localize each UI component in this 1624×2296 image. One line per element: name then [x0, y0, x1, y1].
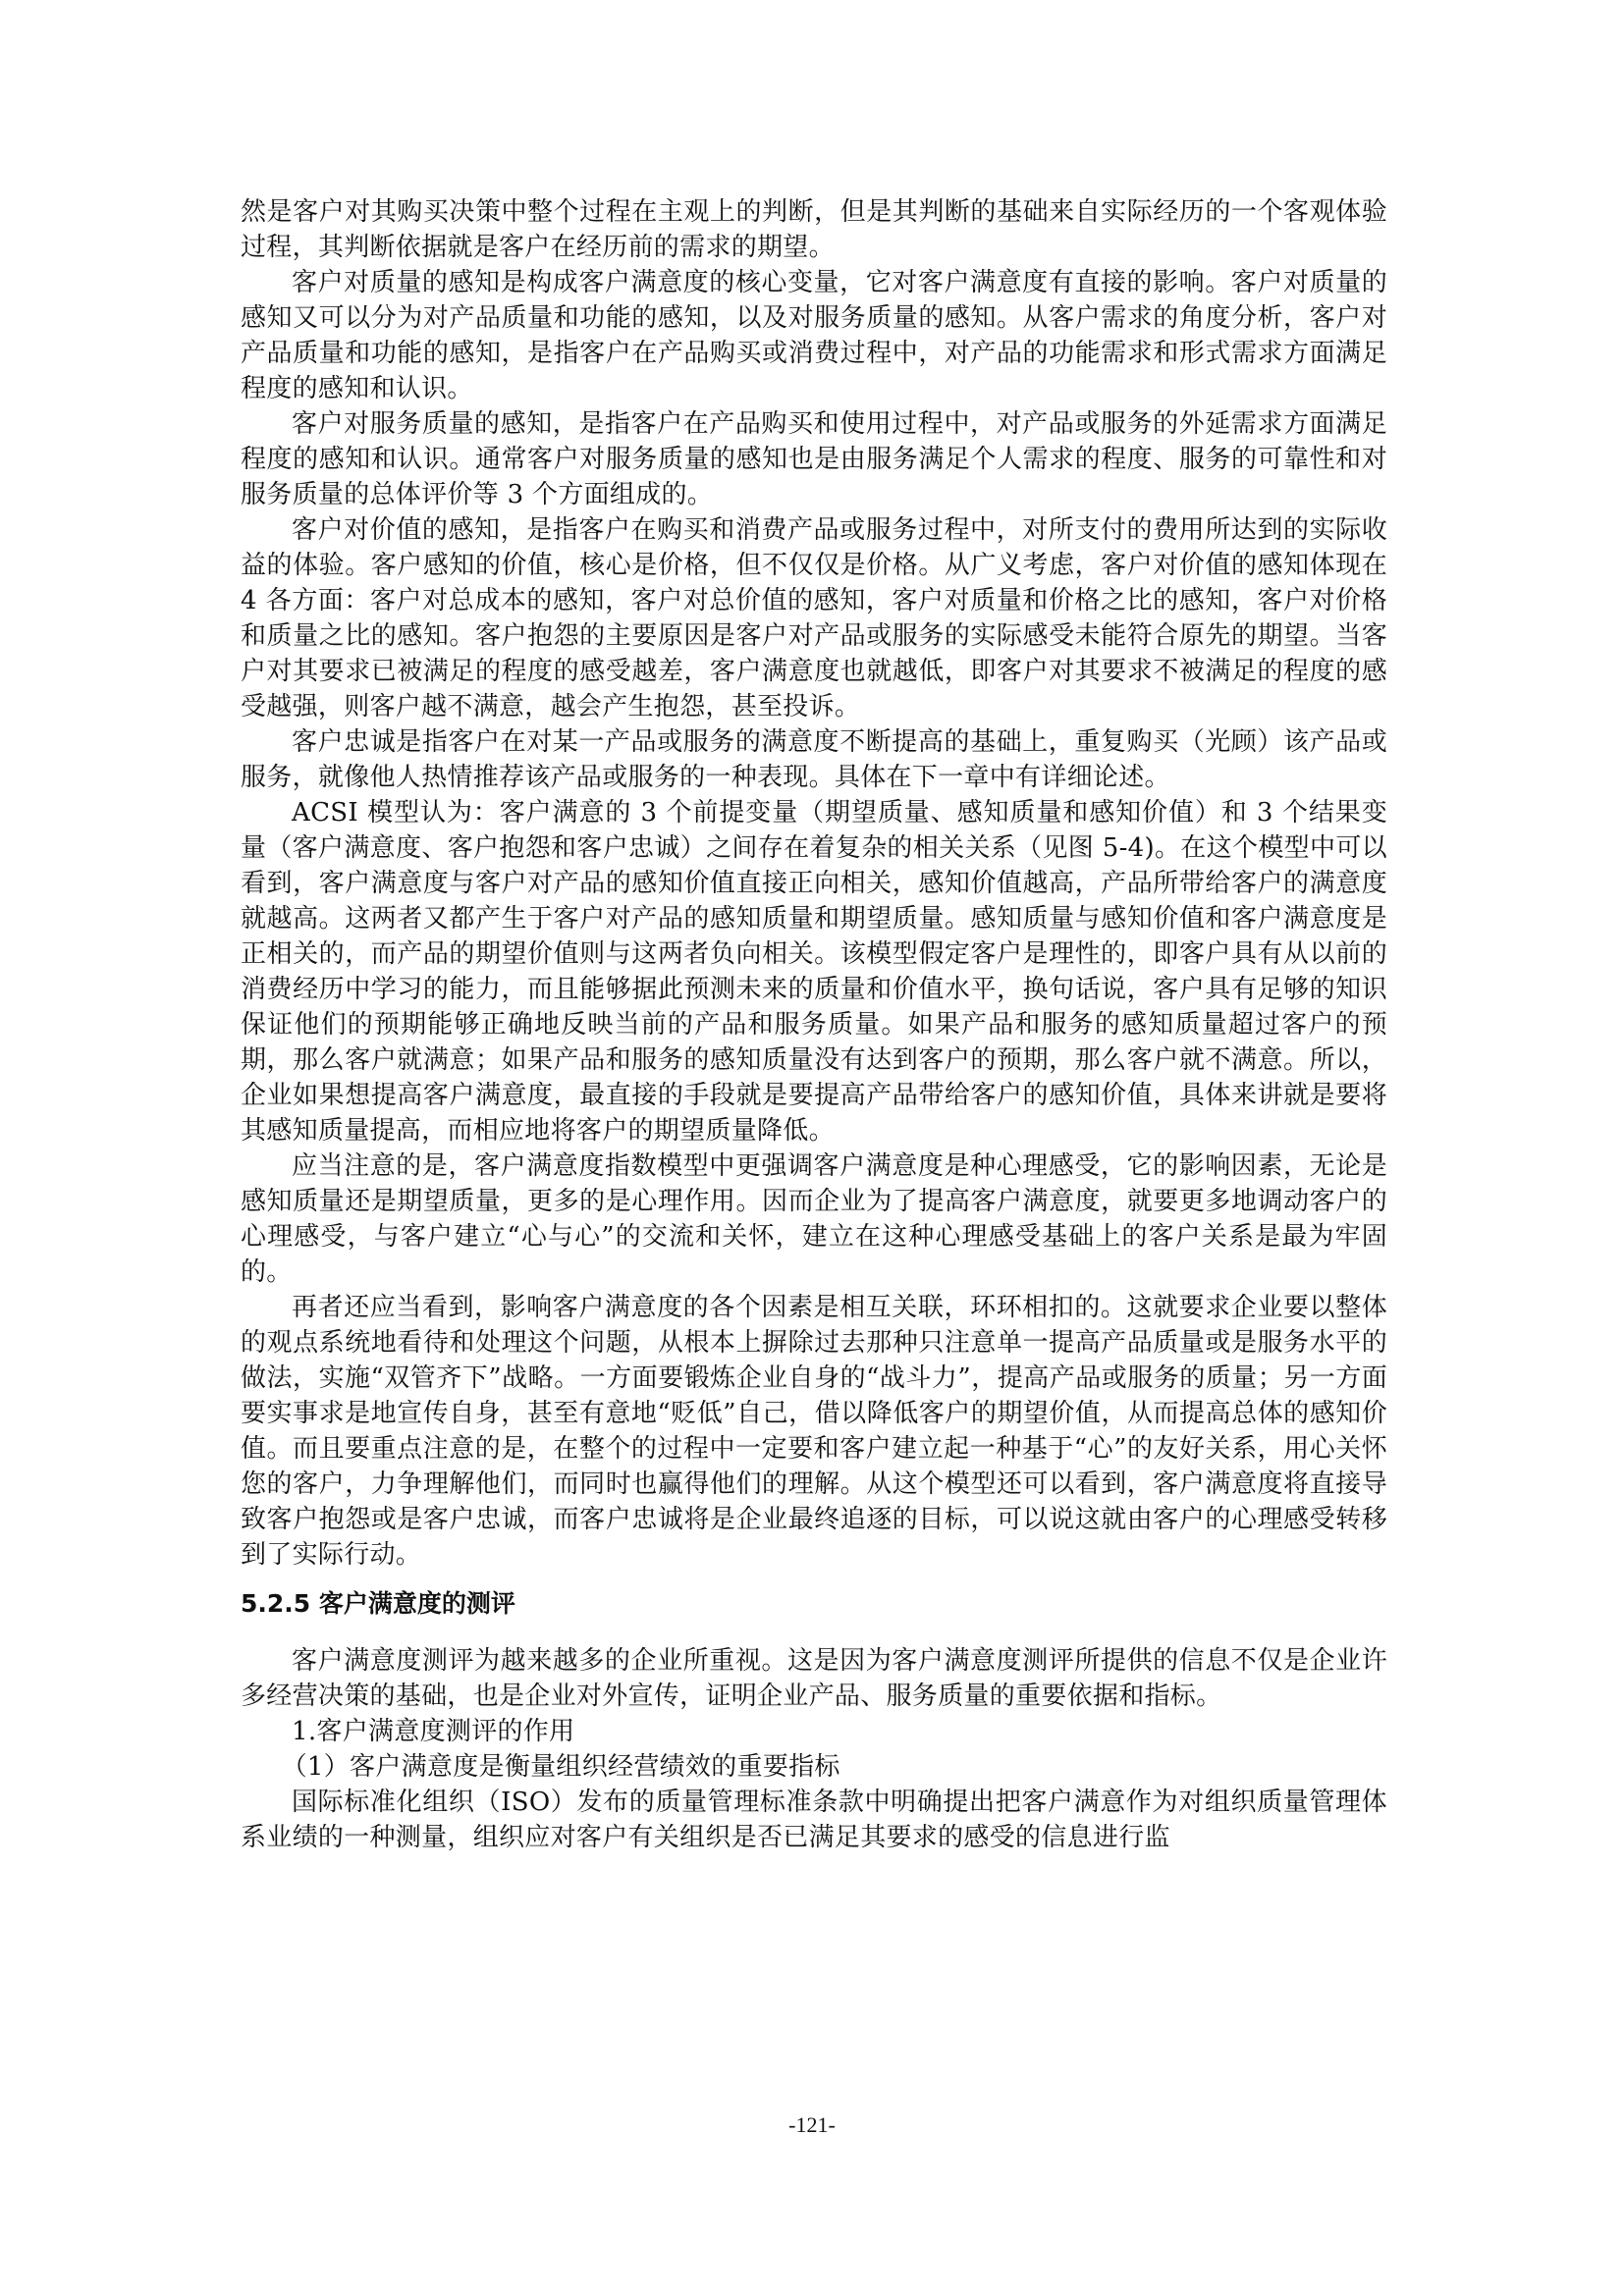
page-number: -121-: [0, 2112, 1624, 2138]
paragraph-customer-loyalty: 客户忠诚是指客户在对某一产品或服务的满意度不断提高的基础上，重复购买（光顾）该产…: [241, 724, 1387, 795]
document-page: 然是客户对其购买决策中整个过程在主观上的判断，但是其判断的基础来自实际经历的一个…: [241, 194, 1387, 1855]
list-heading-role: 1.客户满意度测评的作用: [241, 1714, 1387, 1749]
paragraph-interrelated-factors: 再者还应当看到，影响客户满意度的各个因素是相互关联，环环相扣的。这就要求企业要以…: [241, 1290, 1387, 1573]
section-heading: 5.2.5 客户满意度的测评: [241, 1586, 1387, 1622]
paragraph-measurement-intro: 客户满意度测评为越来越多的企业所重视。这是因为客户满意度测评所提供的信息不仅是企…: [241, 1643, 1387, 1714]
paragraph-psychological-feeling: 应当注意的是，客户满意度指数模型中更强调客户满意度是种心理感受，它的影响因素，无…: [241, 1148, 1387, 1290]
paragraph-perceived-quality: 客户对质量的感知是构成客户满意度的核心变量，它对客户满意度有直接的影响。客户对质…: [241, 265, 1387, 406]
sub-heading-indicator: （1）客户满意度是衡量组织经营绩效的重要指标: [241, 1749, 1387, 1785]
paragraph-service-quality: 客户对服务质量的感知，是指客户在产品购买和使用过程中，对产品或服务的外延需求方面…: [241, 406, 1387, 512]
paragraph-continuation: 然是客户对其购买决策中整个过程在主观上的判断，但是其判断的基础来自实际经历的一个…: [241, 194, 1387, 265]
paragraph-perceived-value: 客户对价值的感知，是指客户在购买和消费产品或服务过程中，对所支付的费用所达到的实…: [241, 512, 1387, 724]
paragraph-iso: 国际标准化组织（ISO）发布的质量管理标准条款中明确提出把客户满意作为对组织质量…: [241, 1785, 1387, 1855]
paragraph-acsi-model: ACSI 模型认为：客户满意的 3 个前提变量（期望质量、感知质量和感知价值）和…: [241, 795, 1387, 1148]
